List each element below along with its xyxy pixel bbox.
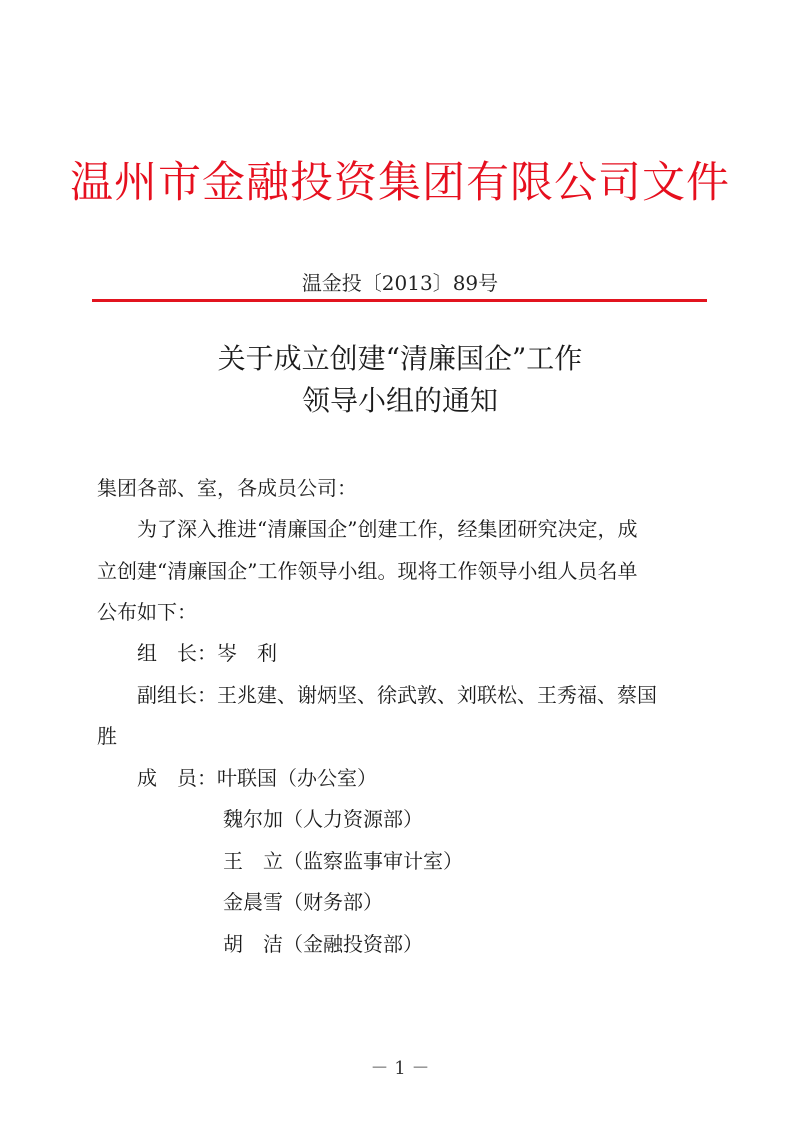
- salutation: 集团各部、室，各成员公司：: [97, 473, 357, 503]
- paragraph-1-line-3: 公布如下：: [97, 597, 197, 627]
- leader-name: 岑 利: [217, 641, 277, 665]
- paragraph-1-line-2: 立创建“清廉国企”工作领导小组。现将工作领导小组人员名单: [97, 556, 637, 586]
- deputy-row: 副组长：王兆建、谢炳坚、徐武敦、刘联松、王秀福、蔡国: [137, 680, 657, 710]
- page-number: － 1 －: [0, 1054, 800, 1080]
- red-divider-rule: [92, 299, 707, 302]
- deputy-names-continued: 胜: [97, 721, 117, 751]
- leader-row: 组 长：岑 利: [137, 638, 277, 668]
- member-item: 魏尔加（人力资源部）: [223, 804, 423, 834]
- member-item: 胡 洁（金融投资部）: [223, 929, 423, 959]
- members-row: 成 员：叶联国（办公室）: [137, 763, 377, 793]
- notice-title-line-1: 关于成立创建“清廉国企”工作: [0, 338, 800, 380]
- paragraph-1-line-1: 为了深入推进“清廉国企”创建工作，经集团研究决定，成: [137, 514, 637, 544]
- document-page: 温州市金融投资集团有限公司文件 温金投〔2013〕89号 关于成立创建“清廉国企…: [0, 0, 800, 1131]
- deputy-names: 王兆建、谢炳坚、徐武敦、刘联松、王秀福、蔡国: [217, 683, 657, 707]
- document-header-title: 温州市金融投资集团有限公司文件: [0, 152, 800, 214]
- members-label: 成 员：: [137, 766, 217, 790]
- member-item: 王 立（监察监事审计室）: [223, 846, 463, 876]
- member-item: 金晨雪（财务部）: [223, 887, 383, 917]
- deputy-label: 副组长：: [137, 683, 217, 707]
- member-item: 叶联国（办公室）: [217, 766, 377, 790]
- notice-title: 关于成立创建“清廉国企”工作 领导小组的通知: [0, 338, 800, 422]
- leader-label: 组 长：: [137, 641, 217, 665]
- document-number: 温金投〔2013〕89号: [0, 268, 800, 298]
- notice-title-line-2: 领导小组的通知: [0, 380, 800, 422]
